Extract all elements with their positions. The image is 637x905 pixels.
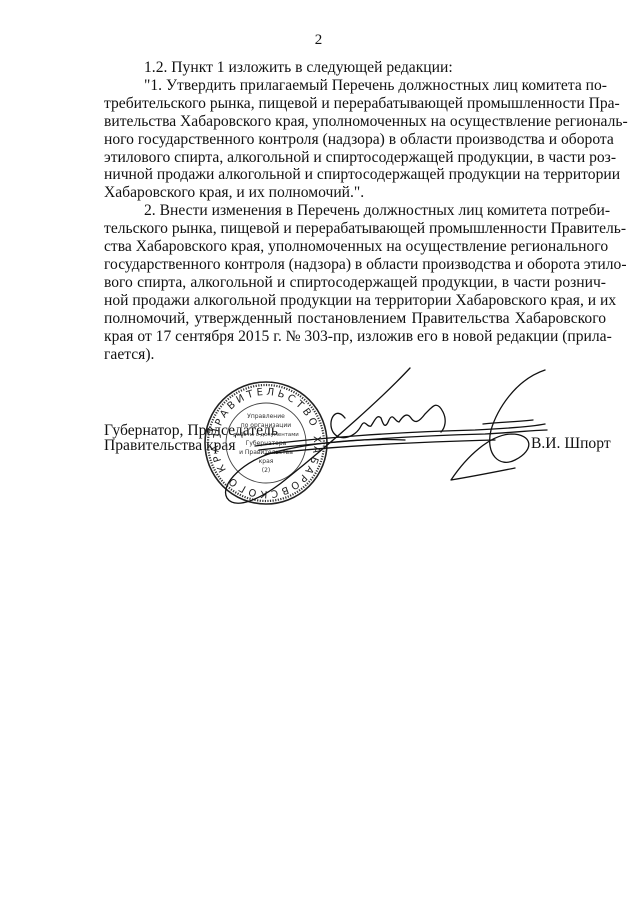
paragraph-1-2: 1.2. Пункт 1 изложить в следующей редакц… [104, 59, 606, 77]
document-body: 1.2. Пункт 1 изложить в следующей редакц… [104, 59, 606, 363]
stamp-inner-line: края [259, 458, 274, 465]
text-line: государственного контроля (надзора) в об… [104, 256, 606, 274]
stamp-inner-line: (2) [262, 467, 271, 474]
paragraph-quoted-item-1: "1. Утвердить прилагаемый Перечень должн… [104, 77, 606, 202]
text-line: 1.2. Пункт 1 изложить в следующей редакц… [104, 59, 606, 77]
text-line: "1. Утвердить прилагаемый Перечень должн… [104, 77, 606, 95]
text-line: этилового спирта, алкогольной и спиртосо… [104, 149, 606, 167]
text-line: требительского рынка, пищевой и перераба… [104, 95, 606, 113]
stamp-inner-line: по организации [241, 422, 291, 429]
stamp-inner-line: Губернатора [246, 440, 287, 447]
stamp-inner-line: Управление [247, 413, 285, 420]
text-line: края от 17 сентября 2015 г. № 303-пр, из… [104, 328, 606, 346]
text-line: Хабаровского края, и их полномочий.". [104, 184, 606, 202]
official-seal-stamp: ПРАВИТЕЛЬСТВО ХАБАРОВСКОГО КРАЯ Управлен… [203, 380, 329, 506]
text-line: ного государственного контроля (надзора)… [104, 131, 606, 149]
text-line: ной продажи алкогольной продукции на тер… [104, 292, 606, 310]
text-line: 2. Внести изменения в Перечень должностн… [104, 202, 606, 220]
text-line: полномочий, утвержденный постановлением … [104, 310, 606, 328]
text-line: вительства Хабаровского края, уполномоче… [104, 113, 606, 131]
stamp-inner-line: и Правительства [239, 449, 293, 456]
text-line: гается). [104, 346, 606, 364]
document-page: 2 1.2. Пункт 1 изложить в следующей реда… [0, 0, 637, 905]
paragraph-2: 2. Внести изменения в Перечень должностн… [104, 202, 606, 363]
stamp-inner-line: работы с документами [233, 432, 299, 438]
text-line: тельского рынка, пищевой и перерабатываю… [104, 220, 606, 238]
text-line: ства Хабаровского края, уполномоченных н… [104, 238, 606, 256]
text-line: вого спирта, алкогольной и спиртосодержа… [104, 274, 606, 292]
page-number: 2 [0, 31, 637, 49]
signatory-name: В.И. Шпорт [531, 436, 611, 452]
text-line: ничной продажи алкогольной и спиртосодер… [104, 166, 606, 184]
